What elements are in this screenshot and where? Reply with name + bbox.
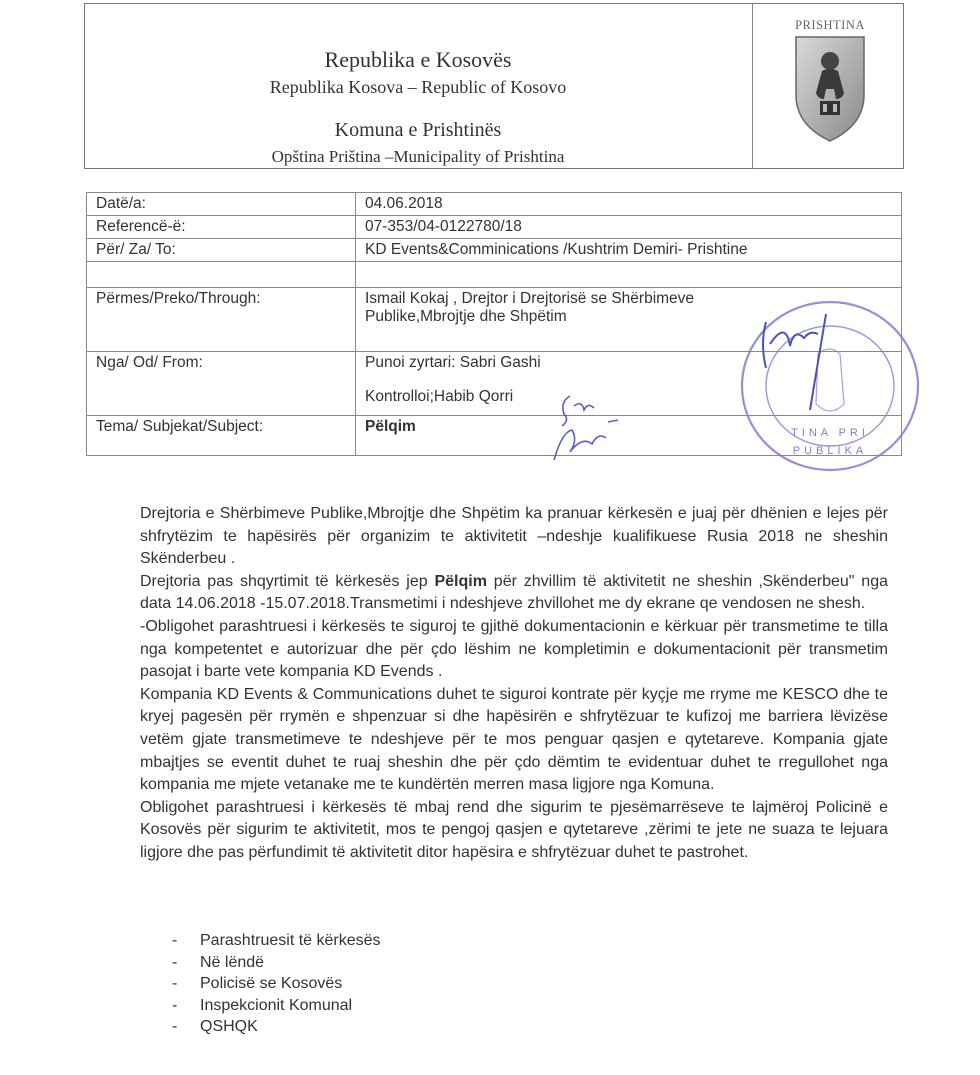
from-label: Nga/ Od/ From: [87, 352, 356, 416]
subject-label: Tema/ Subjekat/Subject: [87, 416, 356, 456]
table-row: Përmes/Preko/Through: Ismail Kokaj , Dre… [87, 288, 902, 352]
list-item: -Inspekcionit Komunal [172, 995, 381, 1017]
table-row: Nga/ Od/ From: Punoi zyrtari: Sabri Gash… [87, 352, 902, 416]
from-value: Punoi zyrtari: Sabri Gashi Kontrolloi;Ha… [356, 352, 902, 416]
to-label: Për/ Za/ To: [87, 239, 356, 262]
paragraph-security-obligations: Obligohet parashtruesi i kërkesës të mba… [140, 797, 888, 865]
approval-keyword: Pëlqim [434, 573, 486, 590]
list-item: -QSHQK [172, 1016, 381, 1038]
through-label: Përmes/Preko/Through: [87, 288, 356, 352]
paragraph-documentation: -Obligohet parashtruesi i kërkesës te si… [140, 616, 888, 684]
header-republic-albanian: Republika e Kosovës [84, 47, 752, 73]
header-municipality-multilingual: Opština Priština –Municipality of Prisht… [84, 147, 752, 167]
date-value: 04.06.2018 [356, 193, 902, 216]
letter-body: Drejtoria e Shërbimeve Publike,Mbrojtje … [140, 503, 888, 865]
table-row: Për/ Za/ To: KD Events&Comminications /K… [87, 239, 902, 262]
header-municipality-albanian: Komuna e Prishtinës [84, 119, 752, 142]
paragraph-request: Drejtoria e Shërbimeve Publike,Mbrojtje … [140, 503, 888, 571]
letterhead-divider [752, 3, 753, 169]
table-row [87, 262, 902, 288]
header-republic-multilingual: Republika Kosova – Republic of Kosovo [84, 77, 752, 98]
list-item: -Parashtruesit të kërkesës [172, 930, 381, 952]
table-row: Datë/a: 04.06.2018 [87, 193, 902, 216]
table-row: Tema/ Subjekat/Subject: Pëlqim [87, 416, 902, 456]
document-metadata-table: Datë/a: 04.06.2018 Referencë-ë: 07-353/0… [86, 192, 902, 456]
list-item: -Policisë se Kosovës [172, 973, 381, 995]
through-value: Ismail Kokaj , Drejtor i Drejtorisë se S… [356, 288, 902, 352]
paragraph-company-obligations: Kompania KD Events & Communications duhe… [140, 684, 888, 797]
table-row: Referencë-ë: 07-353/04-0122780/18 [87, 216, 902, 239]
crest-label: PRISHTINA [780, 18, 880, 33]
reference-value: 07-353/04-0122780/18 [356, 216, 902, 239]
subject-value: Pëlqim [356, 416, 902, 456]
prepared-by: Punoi zyrtari: Sabri Gashi [365, 354, 892, 372]
municipal-crest: PRISHTINA [780, 18, 880, 148]
distribution-list: -Parashtruesit të kërkesës -Në lëndë -Po… [172, 930, 381, 1038]
checked-by: Kontrolloi;Habib Qorri [365, 388, 892, 406]
empty-label [87, 262, 356, 288]
empty-value [356, 262, 902, 288]
to-value: KD Events&Comminications /Kushtrim Demir… [356, 239, 902, 262]
list-item: -Në lëndë [172, 952, 381, 974]
paragraph-approval: Drejtoria pas shqyrtimit të kërkesës jep… [140, 571, 888, 616]
reference-label: Referencë-ë: [87, 216, 356, 239]
coat-of-arms-icon [790, 33, 870, 145]
date-label: Datë/a: [87, 193, 356, 216]
